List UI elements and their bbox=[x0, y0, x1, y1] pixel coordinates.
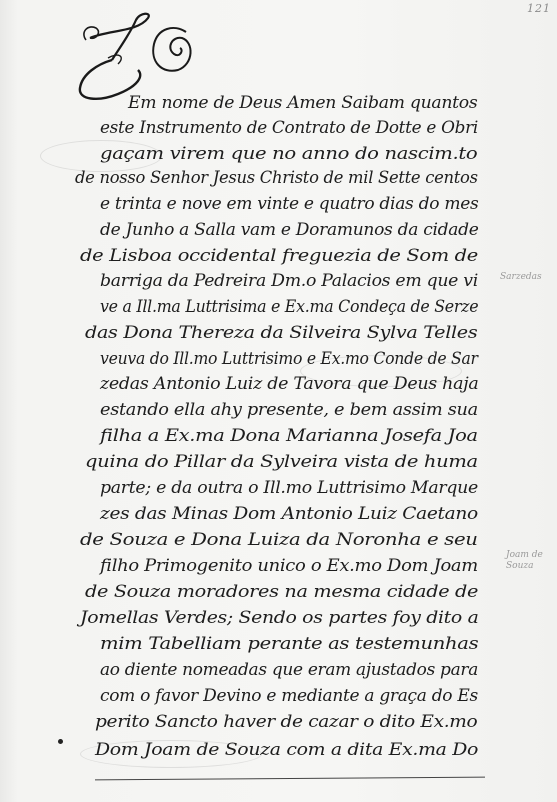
text-line-19: filho Primogenito unico o Ex.mo Dom Joam bbox=[100, 556, 478, 576]
margin-dot bbox=[58, 739, 63, 744]
text-line-23: ao diente nomeadas que eram ajustados pa… bbox=[100, 660, 478, 680]
text-line-1: Em nome de Deus Amen Saibam quantos bbox=[128, 93, 477, 113]
text-line-14: filha a Ex.ma Dona Marianna Josefa Joa bbox=[100, 426, 478, 446]
folio-number: 121 bbox=[527, 2, 551, 15]
text-line-10: das Dona Thereza da Silveira Sylva Telle… bbox=[85, 323, 477, 343]
text-line-20: de Souza moradores na mesma cidade de bbox=[85, 582, 478, 602]
text-line-15: quina do Pillar da Sylveira vista de hum… bbox=[85, 452, 478, 472]
text-line-9: ve a Ill.ma Luttrisima e Ex.ma Condeça d… bbox=[100, 297, 478, 317]
text-line-26: Dom Joam de Souza com a dita Ex.ma Do bbox=[95, 740, 478, 760]
text-line-21: Jomellas Verdes; Sendo os partes foy dit… bbox=[80, 608, 479, 628]
text-line-13: estando ella ahy presente, e bem assim s… bbox=[100, 400, 478, 420]
margin-note-sarzedas: Sarzedas bbox=[500, 272, 542, 282]
text-line-12: zedas Antonio Luiz de Tavora que Deus ha… bbox=[100, 374, 478, 394]
text-line-5: e trinta e nove em vinte e quatro dias d… bbox=[100, 194, 478, 214]
margin-note-joam-de-souza: Joam de Souza bbox=[506, 550, 554, 572]
text-line-17: zes das Minas Dom Antonio Luiz Caetano bbox=[100, 504, 478, 524]
text-line-2: este Instrumento de Contrato de Dotte e … bbox=[100, 118, 478, 138]
text-line-3: gaçam virem que no anno do nascim.to bbox=[100, 144, 477, 164]
text-line-11: veuva do Ill.mo Luttrisimo e Ex.mo Conde… bbox=[100, 349, 478, 369]
text-line-4: de nosso Senhor Jesus Christo de mil Set… bbox=[75, 168, 478, 188]
text-line-24: com o favor Devino e mediante a graça do… bbox=[100, 686, 478, 706]
text-line-25: perito Sancto haver de cazar o dito Ex.m… bbox=[95, 712, 477, 732]
text-line-16: parte; e da outra o Ill.mo Luttrisimo Ma… bbox=[100, 478, 478, 498]
text-line-22: mim Tabelliam perante as testemunhas bbox=[100, 634, 478, 654]
closing-underline bbox=[95, 777, 485, 781]
text-line-8: barriga da Pedreira Dm.o Palacios em que… bbox=[100, 271, 478, 291]
text-line-7: de Lisboa occidental freguezia de Som de bbox=[80, 246, 478, 266]
decorated-initial-icon bbox=[78, 10, 208, 105]
text-line-6: de Junho a Salla vam e Doramunos da cida… bbox=[100, 220, 478, 240]
text-line-18: de Souza e Dona Luiza da Noronha e seu bbox=[80, 530, 478, 550]
manuscript-page: 121 Em nome de Deus Amen Saibam quantos … bbox=[0, 0, 557, 802]
